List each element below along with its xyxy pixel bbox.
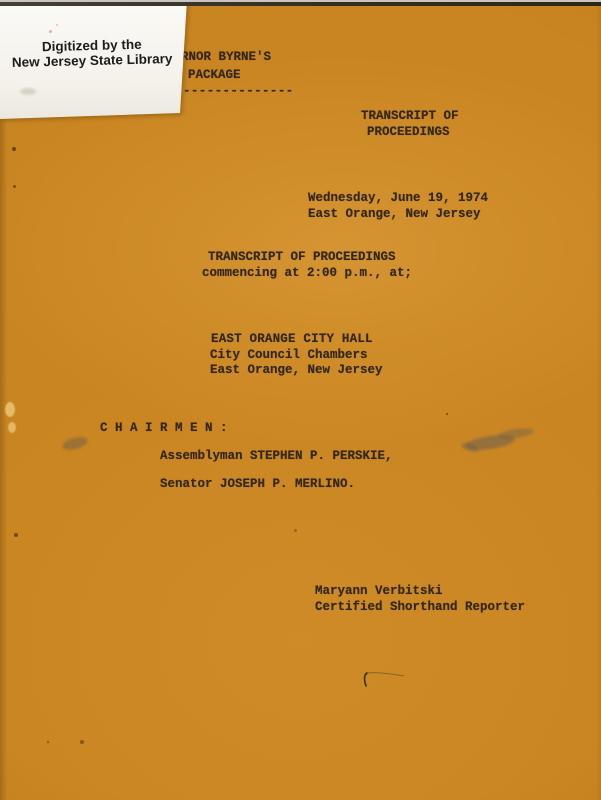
sticker-stain bbox=[20, 88, 36, 95]
paper-speck bbox=[14, 533, 18, 537]
chairman-1: Assemblyman STEPHEN P. PERSKIE, bbox=[160, 448, 393, 464]
date-line: Wednesday, June 19, 1974 bbox=[308, 190, 488, 206]
reporter-name: Maryann Verbitski bbox=[315, 583, 443, 599]
cover-header-partial-line2: PACKAGE bbox=[188, 67, 241, 83]
session-line1: TRANSCRIPT OF PROCEEDINGS bbox=[208, 249, 396, 265]
sticker-stain bbox=[49, 30, 52, 33]
cover-header-divider: -------------- bbox=[183, 83, 294, 99]
sticker-line2: New Jersey State Library bbox=[0, 51, 184, 70]
venue-line1: EAST ORANGE CITY HALL bbox=[211, 331, 373, 347]
paper-damage-spot bbox=[8, 422, 16, 433]
venue-line3: East Orange, New Jersey bbox=[210, 362, 383, 378]
scanned-cover-page: RNOR BYRNE'S PACKAGE -------------- TRAN… bbox=[0, 0, 601, 800]
chairman-2: Senator JOSEPH P. MERLINO. bbox=[160, 476, 355, 492]
reporter-title: Certified Shorthand Reporter bbox=[315, 599, 525, 615]
scan-edge-dark bbox=[0, 2, 601, 6]
session-line2: commencing at 2:00 p.m., at; bbox=[202, 265, 412, 281]
title-line1: TRANSCRIPT OF bbox=[361, 108, 459, 124]
library-sticker: Digitized by the New Jersey State Librar… bbox=[0, 0, 190, 120]
pen-mark bbox=[356, 664, 408, 695]
ink-smudge-small bbox=[61, 435, 89, 452]
chairmen-heading: C H A I R M E N : bbox=[100, 420, 228, 436]
library-sticker-text: Digitized by the New Jersey State Librar… bbox=[0, 36, 184, 70]
paper-damage-spot bbox=[5, 402, 15, 417]
venue-line2: City Council Chambers bbox=[210, 347, 368, 363]
paper-speck bbox=[47, 741, 49, 743]
cover-header-partial-line1: RNOR BYRNE'S bbox=[181, 49, 271, 65]
sticker-stain bbox=[56, 24, 58, 26]
paper-speck bbox=[294, 529, 297, 532]
date-place-line: East Orange, New Jersey bbox=[308, 206, 481, 222]
title-line2: PROCEEDINGS bbox=[367, 124, 450, 140]
ink-smudge-large-tail bbox=[498, 427, 535, 441]
paper-speck bbox=[13, 185, 16, 188]
library-sticker-paper: Digitized by the New Jersey State Librar… bbox=[0, 0, 190, 120]
paper-speck bbox=[80, 740, 84, 744]
paper-speck bbox=[12, 147, 16, 151]
paper-speck bbox=[446, 413, 448, 415]
